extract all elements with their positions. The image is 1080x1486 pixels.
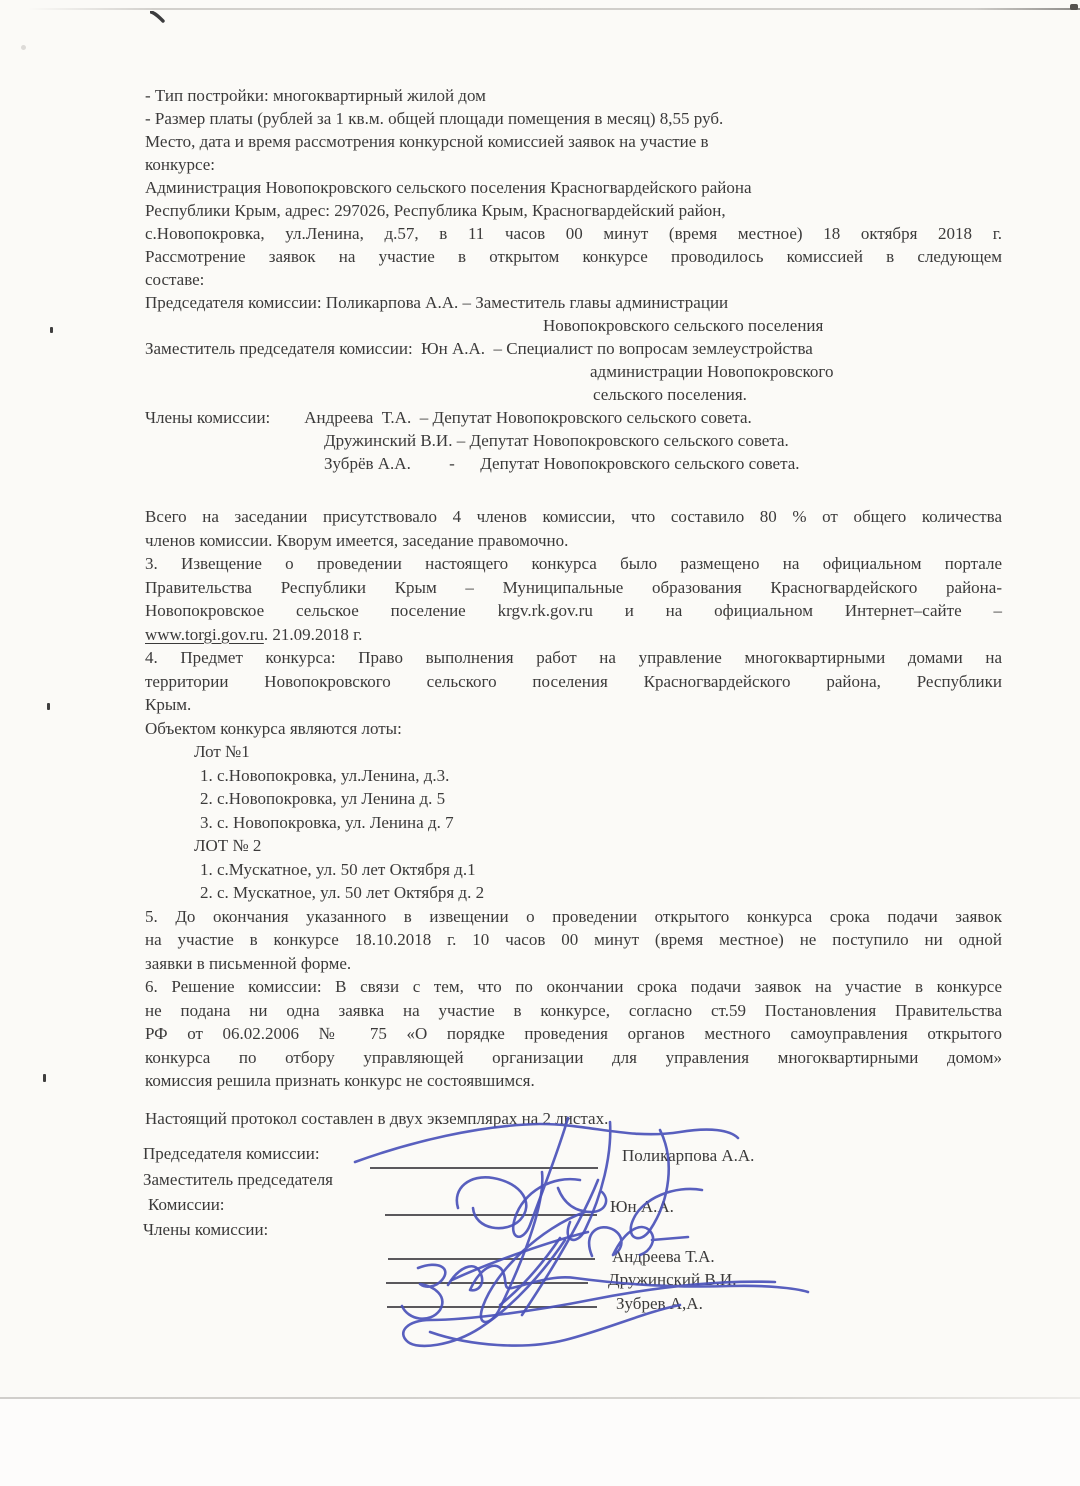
- doc-line: Новопокровское сельское поселение krgv.r…: [145, 599, 1002, 623]
- doc-line-item-5: 5. До окончания указанного в извещении о…: [145, 905, 1002, 929]
- doc-line-item-4: 4. Предмет конкурса: Право выполнения ра…: [145, 646, 1002, 670]
- doc-line-member-1: Члены комиссии: Андреева Т.А. – Депутат …: [145, 406, 1002, 429]
- document-body: - Тип постройки: многоквартирный жилой д…: [145, 84, 1002, 1130]
- doc-line: РФ от 06.02.2006 № 75 «О порядке проведе…: [145, 1022, 1002, 1046]
- doc-line: Правительства Республики Крым – Муниципа…: [145, 576, 1002, 600]
- doc-line: составе:: [145, 268, 1002, 291]
- signature-ink-zubrev: [402, 1238, 808, 1346]
- doc-line: Всего на заседании присутствовало 4 член…: [145, 505, 1002, 529]
- doc-line-url: www.torgi.gov.ru. 21.09.2018 г.: [145, 623, 1002, 647]
- doc-line: конкурса по отбору управляющей организац…: [145, 1046, 1002, 1070]
- scan-artifact-pen-mark: [150, 11, 166, 30]
- doc-line: на участие в конкурсе 18.10.2018 г. 10 ч…: [145, 928, 1002, 952]
- doc-line-lot-1-item: 1. с.Новопокровка, ул.Ленина, д.3.: [145, 764, 1002, 788]
- scan-artifact-smudge: [21, 45, 26, 50]
- doc-line-lot-1-item: 2. с.Новопокровка, ул Ленина д. 5: [145, 787, 1002, 811]
- doc-line-member-2: Дружинский В.И. – Депутат Новопокровског…: [145, 429, 1002, 452]
- doc-line-lot-2-item: 2. с. Мускатное, ул. 50 лет Октября д. 2: [145, 881, 1002, 905]
- scan-artifact-top-edge: [28, 8, 1080, 10]
- doc-line-lots-header: Объектом конкурса являются лоты:: [145, 717, 1002, 741]
- doc-line: территории Новопокровского сельского пос…: [145, 670, 1002, 694]
- doc-line-lot-2-item: 1. с.Мускатное, ул. 50 лет Октября д.1: [145, 858, 1002, 882]
- doc-line: с.Новопокровка, ул.Ленина, д.57, в 11 ча…: [145, 222, 1002, 245]
- doc-line: Республики Крым, адрес: 297026, Республи…: [145, 199, 1002, 222]
- doc-line-deputy-chairman: Заместитель председателя комиссии: Юн А.…: [145, 337, 1002, 360]
- doc-line: Крым.: [145, 693, 1002, 717]
- torgi-url-text: www.torgi.gov.ru: [145, 625, 264, 644]
- doc-line: не подана ни одна заявка на участие в ко…: [145, 999, 1002, 1023]
- doc-line: конкурсе:: [145, 153, 1002, 176]
- scan-artifact-speck: [43, 1074, 46, 1082]
- doc-line: Место, дата и время рассмотрения конкурс…: [145, 130, 1002, 153]
- signature-ink-overlay: [330, 1100, 850, 1375]
- doc-line-lot-1: Лот №1: [145, 740, 1002, 764]
- doc-line: - Тип постройки: многоквартирный жилой д…: [145, 84, 1002, 107]
- doc-line: сельского поселения.: [145, 383, 1002, 406]
- scan-artifact-bottom-strip: [0, 1399, 1080, 1486]
- doc-line: - Размер платы (рублей за 1 кв.м. общей …: [145, 107, 1002, 130]
- doc-line: администрации Новопокровского: [145, 360, 1002, 383]
- doc-line-member-3: Зубрёв А.А. - Депутат Новопокровского се…: [145, 452, 1002, 475]
- doc-line: комиссия решила признать конкурс не сост…: [145, 1069, 1002, 1093]
- signature-role-label-members: Члены комиссии:: [143, 1219, 268, 1241]
- signature-ink-polikarpova: [355, 1118, 738, 1240]
- scan-artifact-speck: [47, 703, 50, 710]
- doc-line: Администрация Новопокровского сельского …: [145, 176, 1002, 199]
- doc-line-chairman: Председателя комиссии: Поликарпова А.А. …: [145, 291, 1002, 314]
- scan-artifact-corner-speck: [1070, 4, 1078, 10]
- intro-and-commission-section: - Тип постройки: многоквартирный жилой д…: [145, 84, 1002, 475]
- doc-line: членов комиссии. Кворум имеется, заседан…: [145, 529, 1002, 553]
- doc-line-item-3: 3. Извещение о проведении настоящего кон…: [145, 552, 1002, 576]
- doc-line-item-6: 6. Решение комиссии: В связи с тем, что …: [145, 975, 1002, 999]
- doc-line-lot-2: ЛОТ № 2: [145, 834, 1002, 858]
- scan-artifact-speck: [50, 327, 53, 333]
- signature-role-label-deputy-2: Комиссии:: [148, 1194, 225, 1216]
- doc-line: Новопокровского сельского поселения: [145, 314, 1002, 337]
- doc-line-lot-1-item: 3. с. Новопокровка, ул. Ленина д. 7: [145, 811, 1002, 835]
- doc-line: Рассмотрение заявок на участие в открыто…: [145, 245, 1002, 268]
- signature-role-label-deputy-1: Заместитель председателя: [143, 1169, 333, 1191]
- protocol-items-section: Всего на заседании присутствовало 4 член…: [145, 505, 1002, 1093]
- scanned-protocol-page: - Тип постройки: многоквартирный жилой д…: [0, 0, 1080, 1486]
- doc-line: заявки в письменной форме.: [145, 952, 1002, 976]
- url-line-rest: . 21.09.2018 г.: [264, 625, 363, 644]
- signature-role-label-chairman: Председателя комиссии:: [143, 1143, 320, 1165]
